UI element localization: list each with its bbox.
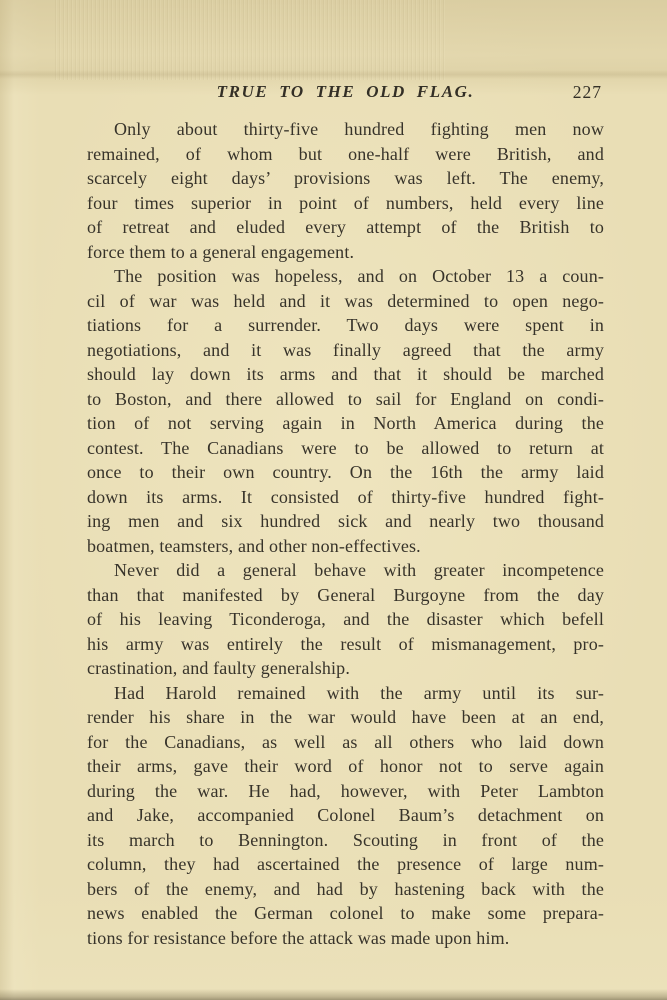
text-line: down its arms. It consisted of thirty-fi… [87,485,604,510]
text-line: tions for resistance before the attack w… [87,926,604,951]
text-line: Had Harold remained with the army until … [87,681,604,706]
text-line: tion of not serving again in North Ameri… [87,411,604,436]
text-line: negotiations, and it was finally agreed … [87,338,604,363]
page-number: 227 [573,82,602,103]
text-block: Only about thirty-five hundred fighting … [87,117,604,950]
paragraph: The position was hopeless, and on Octobe… [87,264,604,558]
text-line: column, they had ascertained the presenc… [87,852,604,877]
text-line: remained, of whom but one-half were Brit… [87,142,604,167]
text-line: once to their own country. On the 16th t… [87,460,604,485]
text-line: his army was entirely the result of mism… [87,632,604,657]
text-line: bers of the enemy, and had by hastening … [87,877,604,902]
text-line: tiations for a surrender. Two days were … [87,313,604,338]
text-line: during the war. He had, however, with Pe… [87,779,604,804]
text-line: The position was hopeless, and on Octobe… [87,264,604,289]
text-line: render his share in the war would have b… [87,705,604,730]
text-line: contest. The Canadians were to be allowe… [87,436,604,461]
text-line: cil of war was held and it was determine… [87,289,604,314]
text-line: should lay down its arms and that it sho… [87,362,604,387]
text-line: for the Canadians, as well as all others… [87,730,604,755]
running-header: TRUE TO THE OLD FLAG. 227 [87,82,604,104]
text-line: boatmen, teamsters, and other non-effect… [87,534,604,559]
text-line: to Boston, and there allowed to sail for… [87,387,604,412]
text-line: than that manifested by General Burgoyne… [87,583,604,608]
text-line: of retreat and eluded every attempt of t… [87,215,604,240]
text-line: force them to a general engagement. [87,240,604,265]
text-line: scarcely eight days’ provisions was left… [87,166,604,191]
text-line: its march to Bennington. Scouting in fro… [87,828,604,853]
book-page: TRUE TO THE OLD FLAG. 227 Only about thi… [0,0,667,1000]
text-line: crastination, and faulty generalship. [87,656,604,681]
text-line: news enabled the German colonel to make … [87,901,604,926]
text-line: and Jake, accompanied Colonel Baum’s det… [87,803,604,828]
text-line: Only about thirty-five hundred fighting … [87,117,604,142]
text-line: their arms, gave their word of honor not… [87,754,604,779]
text-line: four times superior in point of numbers,… [87,191,604,216]
running-title: TRUE TO THE OLD FLAG. [87,82,604,102]
text-line: Never did a general behave with greater … [87,558,604,583]
text-line: of his leaving Ticonderoga, and the disa… [87,607,604,632]
paragraph: Never did a general behave with greater … [87,558,604,681]
paragraph: Had Harold remained with the army until … [87,681,604,951]
text-line: ing men and six hundred sick and nearly … [87,509,604,534]
paragraph: Only about thirty-five hundred fighting … [87,117,604,264]
